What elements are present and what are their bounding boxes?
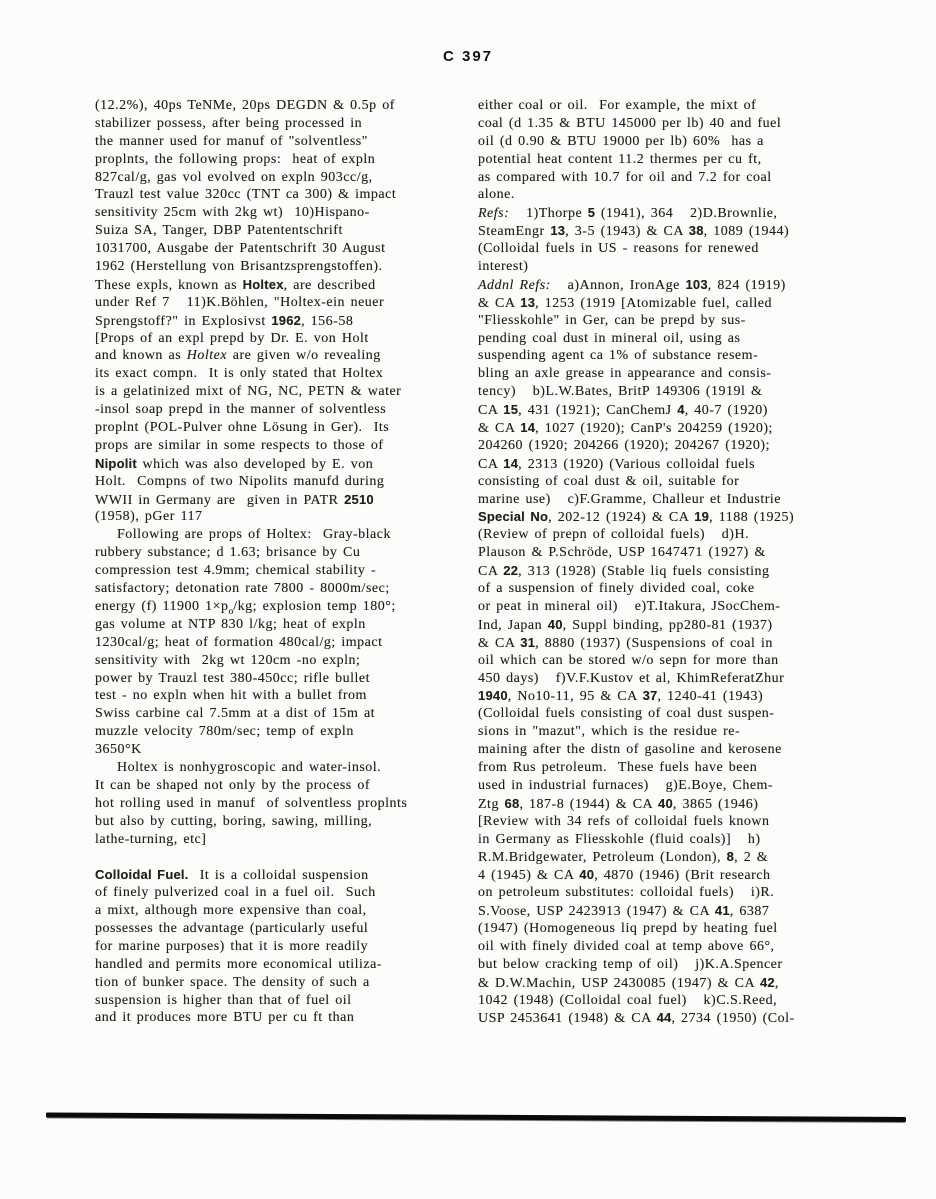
text-line: [Review with 34 refs of colloidal fuels … [478,813,860,831]
text-line: suspension is higher than that of fuel o… [95,992,467,1010]
text-line: sensitivity with 2kg wt 120cm -no expln; [95,652,467,670]
text-line: potential heat content 11.2 thermes per … [478,151,860,169]
text-line: oil (d 0.90 & BTU 19000 per lb) 60% has … [478,133,860,151]
text-line: tion of bunker space. The density of suc… [95,974,467,992]
text-line: & CA 31, 8880 (1937) (Suspensions of coa… [478,634,860,652]
text-line: Ind, Japan 40, Suppl binding, pp280-81 (… [478,616,860,634]
text-line: of a suspension of finely divided coal, … [478,580,860,598]
text-line: oil with finely divided coal at temp abo… [478,938,860,956]
text-line: Swiss carbine cal 7.5mm at a dist of 15m… [95,705,467,723]
text-line: Holt. Compns of two Nipolits manufd duri… [95,473,467,491]
text-line: proplnts, the following props: heat of e… [95,151,467,169]
text-line: on petroleum substitutes: colloidal fuel… [478,884,860,902]
text-line: and it produces more BTU per cu ft than [95,1009,467,1027]
text-line: Addnl Refs: a)Annon, IronAge 103, 824 (1… [478,276,860,294]
text-line: Ztg 68, 187-8 (1944) & CA 40, 3865 (1946… [478,795,860,813]
text-line: (Colloidal fuels in US - reasons for ren… [478,240,860,258]
text-line: CA 14, 2313 (1920) (Various colloidal fu… [478,455,860,473]
bold-text: 13 [550,223,565,238]
italic-text: Addnl Refs: [478,278,551,293]
text-line: Colloidal Fuel. It is a colloidal suspen… [95,866,467,884]
bold-text: 38 [689,223,704,238]
bold-text: 14 [503,456,518,471]
bold-text: 31 [520,635,535,650]
text-line: but below cracking temp of oil) j)K.A.Sp… [478,956,860,974]
text-line: (1947) (Homogeneous liq prepd by heating… [478,920,860,938]
bold-text: 2510 [344,492,374,507]
right-column: either coal or oil. For example, the mix… [478,97,860,1027]
text-line: [Props of an expl prepd by Dr. E. von Ho… [95,330,467,348]
text-line: hot rolling used in manuf of solventless… [95,795,467,813]
text-line: but also by cutting, boring, sawing, mil… [95,813,467,831]
bold-text: 13 [520,295,535,310]
text-line: interest) [478,258,860,276]
bold-text: 68 [505,796,520,811]
text-line: 827cal/g, gas vol evolved on expln 903cc… [95,169,467,187]
text-line: & D.W.Machin, USP 2430085 (1947) & CA 42… [478,974,860,992]
text-line: possesses the advantage (particularly us… [95,920,467,938]
text-line: of finely pulverized coal in a fuel oil.… [95,884,467,902]
text-line: sions in "mazut", which is the residue r… [478,723,860,741]
text-line: oil which can be stored w/o sepn for mor… [478,652,860,670]
text-line: Plauson & P.Schröde, USP 1647471 (1927) … [478,544,860,562]
bold-text: Colloidal Fuel. [95,867,189,882]
text-line: consisting of coal dust & oil, suitable … [478,473,860,491]
bold-text: Holtex [243,277,284,292]
bold-text: 1940 [478,688,508,703]
bold-text: 5 [588,205,595,220]
text-line: (Review of prepn of colloidal fuels) d)H… [478,526,860,544]
text-line: WWII in Germany are given in PATR 2510 [95,491,467,509]
text-line: power by Trauzl test 380-450cc; rifle bu… [95,670,467,688]
bold-text: 37 [643,688,658,703]
text-line: 1962 (Herstellung von Brisantzsprengstof… [95,258,467,276]
text-line: props are similar in some respects to th… [95,437,467,455]
text-line: satisfactory; detonation rate 7800 - 800… [95,580,467,598]
text-line: or peat in mineral oil) e)T.Itakura, JSo… [478,598,860,616]
text-line: & CA 13, 1253 (1919 [Atomizable fuel, ca… [478,294,860,312]
text-line: (1958), pGer 117 [95,508,467,526]
bold-text: Special No [478,509,548,524]
text-line: lathe-turning, etc] [95,831,467,849]
text-line: tency) b)L.W.Bates, BritP 149306 (1919l … [478,383,860,401]
text-line: energy (f) 11900 1×po/kg; explosion temp… [95,598,467,616]
text-line: stabilizer possess, after being processe… [95,115,467,133]
text-line: and known as Holtex are given w/o reveal… [95,347,467,365]
text-line: 1230cal/g; heat of formation 480cal/g; i… [95,634,467,652]
text-line: SteamEngr 13, 3-5 (1943) & CA 38, 1089 (… [478,222,860,240]
left-column: (12.2%), 40ps TeNMe, 20ps DEGDN & 0.5p o… [95,97,467,1027]
text-line: bling an axle grease in appearance and c… [478,365,860,383]
text-line: These expls, known as Holtex, are descri… [95,276,467,294]
text-line: proplnt (POL-Pulver ohne Lösung in Ger).… [95,419,467,437]
bold-text: 40 [658,796,673,811]
italic-text: Refs: [478,206,509,221]
text-line: & CA 14, 1027 (1920); CanP's 204259 (192… [478,419,860,437]
bold-text: 40 [548,617,563,632]
text-line: Following are props of Holtex: Gray-blac… [95,526,467,544]
bold-text: 4 [677,402,684,417]
text-line: Suiza SA, Tanger, DBP Patententschrift [95,222,467,240]
text-line: a mixt, although more expensive than coa… [95,902,467,920]
text-line: CA 15, 431 (1921); CanChemJ 4, 40-7 (192… [478,401,860,419]
text-line: handled and permits more economical util… [95,956,467,974]
bold-text: 19 [694,509,709,524]
text-line: (12.2%), 40ps TeNMe, 20ps DEGDN & 0.5p o… [95,97,467,115]
scan-bottom-edge-line [46,1112,906,1122]
bold-text: 42 [760,975,775,990]
text-line: 1031700, Ausgabe der Patentschrift 30 Au… [95,240,467,258]
bold-text: 8 [727,849,734,864]
text-line: 450 days) f)V.F.Kustov et al, KhimRefera… [478,670,860,688]
text-line: USP 2453641 (1948) & CA 44, 2734 (1950) … [478,1009,860,1027]
bold-text: 14 [520,420,535,435]
bold-text: 1962 [271,313,301,328]
text-line: Sprengstoff?" in Explosivst 1962, 156-58 [95,312,467,330]
text-line: sensitivity 25cm with 2kg wt) 10)Hispano… [95,204,467,222]
bold-text: 44 [657,1010,672,1025]
text-line: Nipolit which was also developed by E. v… [95,455,467,473]
scanned-page: { "colors":{"background":"#fcfcfa","text… [0,0,936,1199]
text-line: suspending agent ca 1% of substance rese… [478,347,860,365]
italic-text: Holtex [187,348,227,363]
text-line: -insol soap prepd in the manner of solve… [95,401,467,419]
bold-text: 40 [579,867,594,882]
text-line: 3650°K [95,741,467,759]
text-line [95,848,467,866]
text-line: for marine purposes) that it is more rea… [95,938,467,956]
text-line: either coal or oil. For example, the mix… [478,97,860,115]
text-line: compression test 4.9mm; chemical stabili… [95,562,467,580]
text-line: under Ref 7 11)K.Böhlen, "Holtex-ein neu… [95,294,467,312]
text-line: Refs: 1)Thorpe 5 (1941), 364 2)D.Brownli… [478,204,860,222]
text-line: CA 22, 313 (1928) (Stable liq fuels cons… [478,562,860,580]
text-line: gas volume at NTP 830 l/kg; heat of expl… [95,616,467,634]
text-line: It can be shaped not only by the process… [95,777,467,795]
text-line: its exact compn. It is only stated that … [95,365,467,383]
text-line: alone. [478,186,860,204]
text-line: 4 (1945) & CA 40, 4870 (1946) (Brit rese… [478,866,860,884]
text-line: test - no expln when hit with a bullet f… [95,687,467,705]
text-line: from Rus petroleum. These fuels have bee… [478,759,860,777]
text-line: Holtex is nonhygroscopic and water-insol… [95,759,467,777]
bold-text: Nipolit [95,456,137,471]
text-line: Special No, 202-12 (1924) & CA 19, 1188 … [478,508,860,526]
page-number: C 397 [0,48,936,65]
text-line: maining after the distn of gasoline and … [478,741,860,759]
text-line: coal (d 1.35 & BTU 145000 per lb) 40 and… [478,115,860,133]
text-line: 1940, No10-11, 95 & CA 37, 1240-41 (1943… [478,687,860,705]
text-line: S.Voose, USP 2423913 (1947) & CA 41, 638… [478,902,860,920]
text-line: pending coal dust in mineral oil, using … [478,330,860,348]
text-line: R.M.Bridgewater, Petroleum (London), 8, … [478,848,860,866]
text-line: is a gelatinized mixt of NG, NC, PETN & … [95,383,467,401]
bold-text: 22 [503,563,518,578]
text-line: "Fliesskohle" in Ger, can be prepd by su… [478,312,860,330]
text-line: 204260 (1920; 204266 (1920); 204267 (192… [478,437,860,455]
text-line: 1042 (1948) (Colloidal coal fuel) k)C.S.… [478,992,860,1010]
bold-text: 15 [503,402,518,417]
text-line: rubbery substance; d 1.63; brisance by C… [95,544,467,562]
text-line: the manner used for manuf of "solventles… [95,133,467,151]
text-line: marine use) c)F.Gramme, Challeur et Indu… [478,491,860,509]
text-line: (Colloidal fuels consisting of coal dust… [478,705,860,723]
text-line: in Germany as Fliesskohle (fluid coals)]… [478,831,860,849]
text-line: as compared with 10.7 for oil and 7.2 fo… [478,169,860,187]
bold-text: 41 [715,903,730,918]
text-line: Trauzl test value 320cc (TNT ca 300) & i… [95,186,467,204]
text-line: used in industrial furnaces) g)E.Boye, C… [478,777,860,795]
text-line: muzzle velocity 780m/sec; temp of expln [95,723,467,741]
bold-text: 103 [685,277,707,292]
